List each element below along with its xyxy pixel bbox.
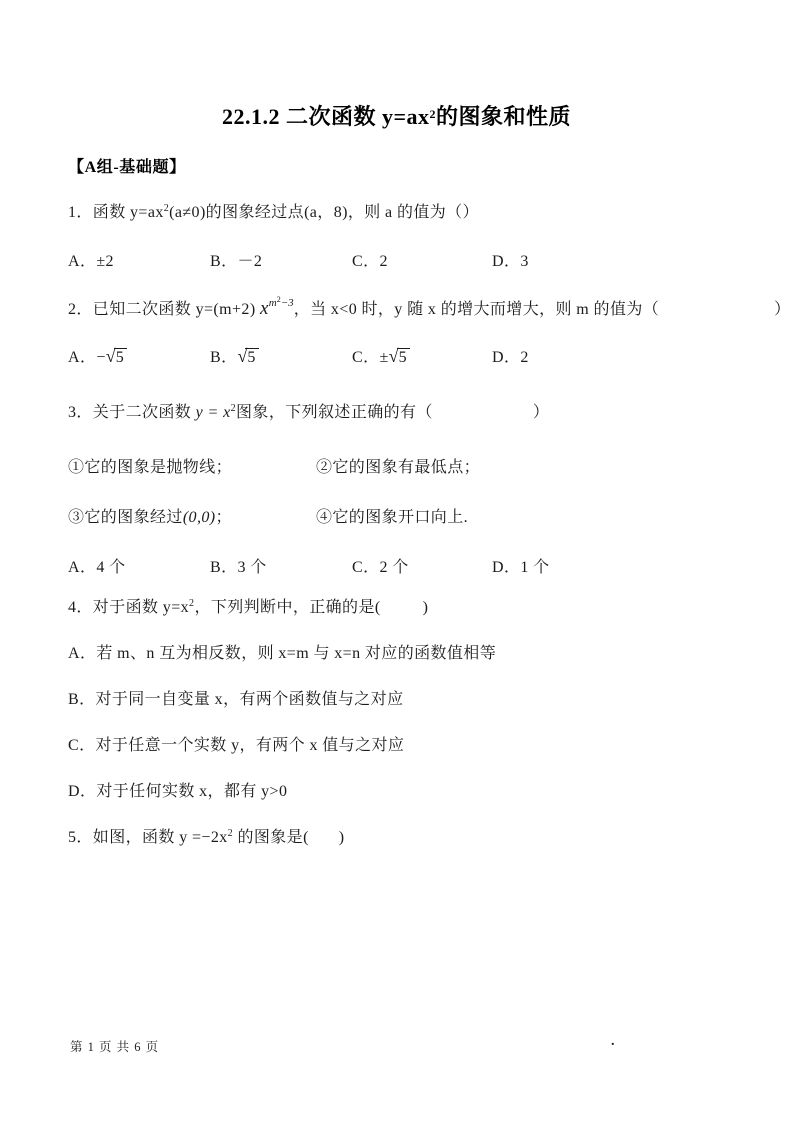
question-3-stem: 3．关于二次函数 y = x2图象，下列叙述正确的有（） <box>68 402 549 423</box>
question-3-statements-2: ③它的图象经过(0,0)； ④它的图象开口向上. <box>0 504 793 532</box>
q2-close-paren: ） <box>774 301 790 318</box>
answer-blank-gap <box>433 416 533 417</box>
q4-text: 4．对于函数 y=x <box>68 599 189 616</box>
square-root: √5 <box>389 346 410 367</box>
answer-blank-gap <box>381 611 423 612</box>
q4-option-a: A．若 m、n 互为相反数，则 x=m 与 x=n 对应的函数值相等 <box>68 643 496 664</box>
q5-text-mid: 的图象是( <box>233 829 309 846</box>
q2-option-b: B．√5 <box>210 344 259 367</box>
statement-3: ③它的图象经过(0,0)； <box>68 504 232 527</box>
q2-option-a-label: A． <box>68 349 96 366</box>
q1-option-d: D．3 <box>492 248 529 271</box>
q5-text: 5．如图，函数 y =−2x <box>68 829 228 846</box>
q3-option-c: C．2 个 <box>352 554 409 577</box>
q3-close-paren: ） <box>533 404 549 421</box>
q3-text: 3．关于二次函数 <box>68 404 196 421</box>
q2-option-d-value: 2 <box>520 349 528 366</box>
q2-exp-tail: −3 <box>281 297 294 309</box>
q2-exponent: m2−3 <box>269 297 294 309</box>
radicand: 5 <box>114 348 127 366</box>
page-title: 22.1.2 二次函数 y=ax2的图象和性质 <box>0 100 793 131</box>
title-text: 22.1.2 二次函数 y=ax <box>222 104 430 129</box>
q2-text: 2．已知二次函数 y=(m+2) <box>68 301 260 318</box>
q4-option-d: D．对于任何实数 x，都有 y>0 <box>68 781 287 802</box>
q2-option-b-label: B． <box>210 349 237 366</box>
question-1-stem: 1．函数 y=ax2(a≠0)的图象经过点(a，8)，则 a 的值为（） <box>68 202 479 223</box>
section-header: 【A组-基础题】 <box>68 157 186 178</box>
q1-option-b: B．－2 <box>210 248 262 271</box>
q4-option-c: C．对于任意一个实数 y，有两个 x 值与之对应 <box>68 735 404 756</box>
answer-blank-gap <box>309 841 339 842</box>
q3-text-mid: 图象，下列叙述正确的有（ <box>236 404 433 421</box>
q5-close-paren: ) <box>339 829 345 846</box>
q3-option-a: A．4 个 <box>68 554 126 577</box>
q2-option-c: C．±√5 <box>352 344 410 367</box>
q1-text: 1．函数 y=ax <box>68 204 164 221</box>
q4-text-mid: ，下列判断中，正确的是( <box>194 599 380 616</box>
square-root: √5 <box>106 346 127 367</box>
worksheet-page: 22.1.2 二次函数 y=ax2的图象和性质 【A组-基础题】 1．函数 y=… <box>0 0 793 1122</box>
statement-4: ④它的图象开口向上. <box>316 504 468 527</box>
question-5-stem: 5．如图，函数 y =−2x2 的图象是() <box>68 827 345 848</box>
q2-option-c-label: C． <box>352 349 379 366</box>
statement-3-tail: ； <box>215 509 231 526</box>
q2-option-d: D．2 <box>492 344 529 367</box>
statement-3-text: ③它的图象经过 <box>68 509 183 526</box>
q2-option-d-label: D． <box>492 349 520 366</box>
q2-option-c-sign: ± <box>379 349 388 366</box>
q4-close-paren: ) <box>423 599 429 616</box>
q3-option-b: B．3 个 <box>210 554 267 577</box>
radicand: 5 <box>397 348 410 366</box>
statement-3-math: (0,0) <box>183 509 216 526</box>
q4-option-b: B．对于同一自变量 x，有两个函数值与之对应 <box>68 689 403 710</box>
q3-option-d: D．1 个 <box>492 554 550 577</box>
q2-option-a-sign: − <box>96 349 105 366</box>
question-4-stem: 4．对于函数 y=x2，下列判断中，正确的是() <box>68 597 428 618</box>
stray-period: . <box>611 1034 615 1050</box>
radicand: 5 <box>245 348 258 366</box>
square-root: √5 <box>237 346 258 367</box>
statement-2: ②它的图象有最低点； <box>316 454 480 477</box>
q2-math-x: x <box>260 298 269 319</box>
q2-option-a: A．−√5 <box>68 344 127 367</box>
question-2-stem: 2．已知二次函数 y=(m+2) xm2−3，当 x<0 时，y 随 x 的增大… <box>68 293 791 320</box>
question-3-options: A．4 个 B．3 个 C．2 个 D．1 个 <box>0 554 793 582</box>
q1-option-c: C．2 <box>352 248 388 271</box>
question-2-options: A．−√5 B．√5 C．±√5 D．2 <box>0 344 793 372</box>
title-tail: 的图象和性质 <box>436 104 571 129</box>
page-number-footer: 第 1 页 共 6 页 <box>70 1037 159 1055</box>
question-3-statements-1: ①它的图象是抛物线； ②它的图象有最低点； <box>0 454 793 482</box>
statement-1: ①它的图象是抛物线； <box>68 454 232 477</box>
q2-text-mid: ，当 x<0 时，y 随 x 的增大而增大，则 m 的值为（ <box>294 301 659 318</box>
q3-math: y = x <box>196 404 231 421</box>
q1-option-a: A．±2 <box>68 248 114 271</box>
answer-blank-gap <box>659 313 774 314</box>
question-1-options: A．±2 B．－2 C．2 D．3 <box>0 248 793 276</box>
q1-text-tail: (a≠0)的图象经过点(a，8)，则 a 的值为（） <box>169 204 479 221</box>
q2-exp-m: m <box>269 297 277 309</box>
